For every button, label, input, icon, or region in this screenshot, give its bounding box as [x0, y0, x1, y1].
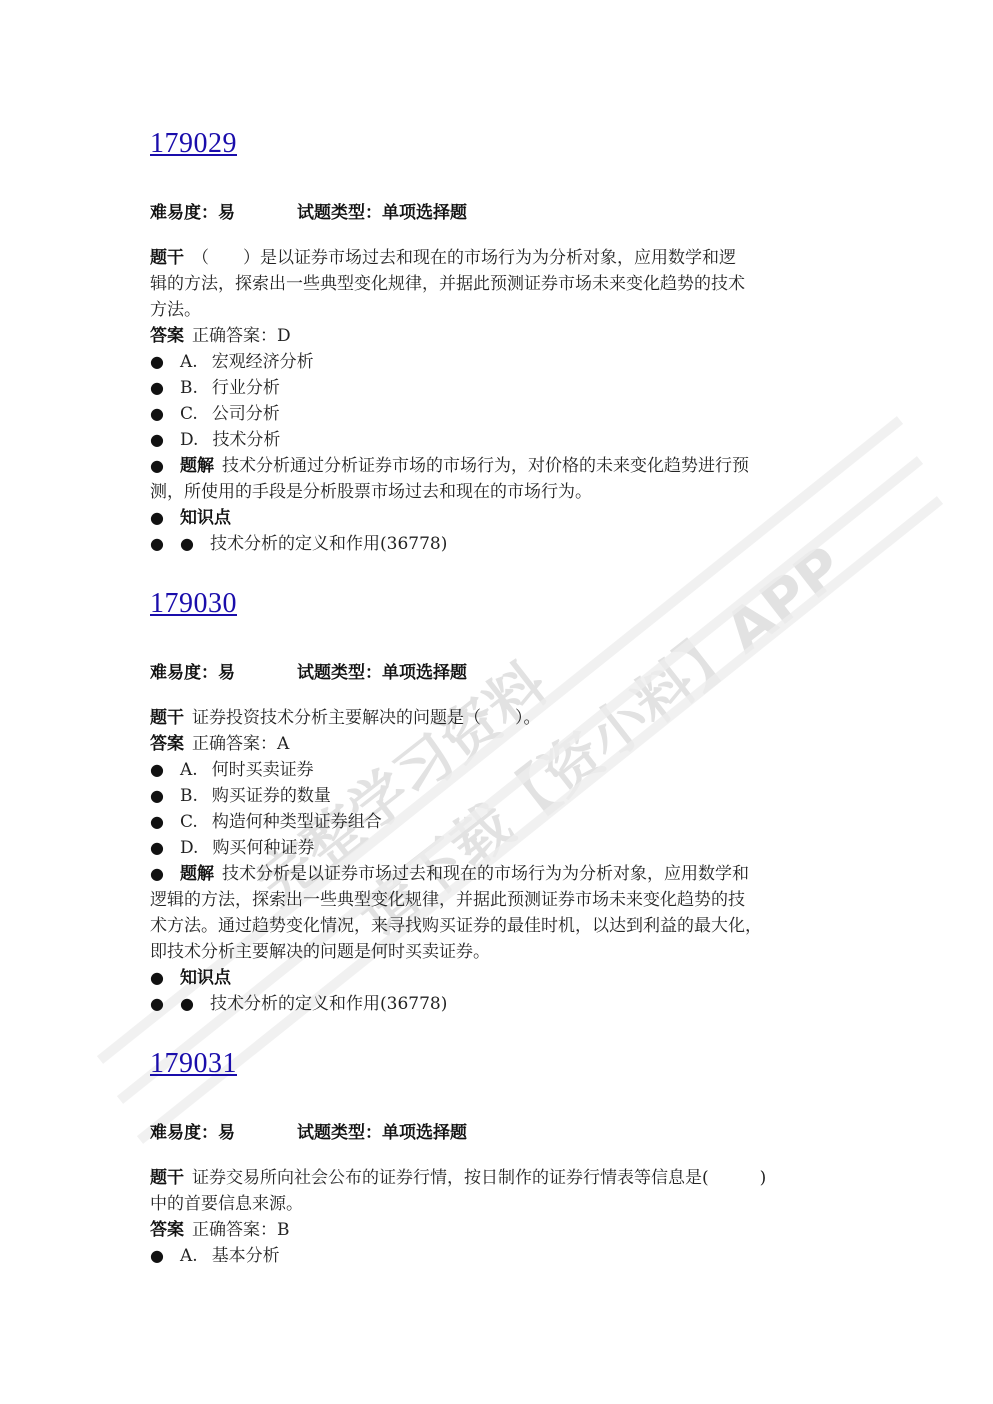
explanation-text: 即技术分析主要解决的问题是何时买卖证券。 [150, 939, 850, 965]
bullet-icon: ● [150, 991, 180, 1017]
bullet-icon: ● [150, 349, 180, 375]
question-type: 试题类型：单项选择题 [297, 663, 467, 683]
question-meta: 难易度：易试题类型：单项选择题 [150, 658, 467, 683]
explanation-text: 测，所使用的手段是分析股票市场过去和现在的市场行为。 [150, 479, 850, 505]
difficulty: 难易度：易 [150, 1123, 235, 1143]
bullet-icon: ● [150, 757, 180, 783]
stem-label: 题干 [150, 248, 184, 268]
question-type: 试题类型：单项选择题 [297, 1123, 467, 1143]
stem-text: 证券投资技术分析主要解决的问题是（ ）。 [192, 708, 541, 728]
bullet-icon: ● [150, 401, 180, 427]
option-item: ●C.公司分析 [150, 401, 850, 427]
question-id-link[interactable]: 179029 [150, 128, 237, 160]
answer-text: 正确答案：D [192, 326, 291, 346]
knowledge-item: ●●技术分析的定义和作用(36778) [150, 531, 850, 557]
stem-label: 题干 [150, 708, 184, 728]
question-type: 试题类型：单项选择题 [297, 203, 467, 223]
stem-text: 中的首要信息来源。 [150, 1191, 850, 1217]
difficulty: 难易度：易 [150, 663, 235, 683]
bullet-icon: ● [150, 809, 180, 835]
question-id-link[interactable]: 179031 [150, 1048, 237, 1080]
explanation-text: 技术分析是以证券市场过去和现在的市场行为为分析对象，应用数学和 [222, 864, 749, 884]
option-item: ●D.技术分析 [150, 427, 850, 453]
bullet-icon: ● [150, 375, 180, 401]
question-body: 题干证券投资技术分析主要解决的问题是（ ）。 答案正确答案：A ●A.何时买卖证… [150, 705, 850, 1017]
question-body: 题干证券交易所向社会公布的证券行情，按日制作的证券行情表等信息是( ) 中的首要… [150, 1165, 850, 1269]
explanation-text: 术方法。通过趋势变化情况，来寻找购买证券的最佳时机，以达到利益的最大化， [150, 913, 850, 939]
explanation-label: 题解 [180, 864, 214, 884]
bullet-icon: ● [150, 453, 180, 479]
knowledge-item: ●●技术分析的定义和作用(36778) [150, 991, 850, 1017]
bullet-icon: ● [150, 835, 180, 861]
question-id-link[interactable]: 179030 [150, 588, 237, 620]
stem-text: （ ）是以证券市场过去和现在的市场行为为分析对象，应用数学和逻 [192, 248, 736, 268]
option-item: ●B.购买证券的数量 [150, 783, 850, 809]
answer-label: 答案 [150, 1220, 184, 1240]
stem-text: 方法。 [150, 297, 850, 323]
option-item: ●A.基本分析 [150, 1243, 850, 1269]
document-page: 完整学习资料 请下载【资小料】APP 179029 难易度：易试题类型：单项选择… [0, 0, 993, 1404]
bullet-icon: ● [150, 783, 180, 809]
difficulty: 难易度：易 [150, 203, 235, 223]
question-body: 题干（ ）是以证券市场过去和现在的市场行为为分析对象，应用数学和逻 辑的方法，探… [150, 245, 850, 557]
bullet-icon: ● [150, 531, 180, 557]
bullet-icon: ● [180, 991, 210, 1017]
option-item: ●C.构造何种类型证券组合 [150, 809, 850, 835]
knowledge-label: 知识点 [180, 968, 231, 988]
bullet-icon: ● [150, 965, 180, 991]
option-item: ●A.何时买卖证券 [150, 757, 850, 783]
explanation-text: 技术分析通过分析证券市场的市场行为，对价格的未来变化趋势进行预 [222, 456, 749, 476]
knowledge-label: 知识点 [180, 508, 231, 528]
question-meta: 难易度：易试题类型：单项选择题 [150, 1118, 467, 1143]
stem-label: 题干 [150, 1168, 184, 1188]
bullet-icon: ● [150, 427, 180, 453]
bullet-icon: ● [150, 505, 180, 531]
bullet-icon: ● [150, 1243, 180, 1269]
answer-text: 正确答案：B [192, 1220, 290, 1240]
explanation-label: 题解 [180, 456, 214, 476]
option-item: ●B.行业分析 [150, 375, 850, 401]
option-item: ●D.购买何种证券 [150, 835, 850, 861]
explanation-text: 逻辑的方法，探索出一些典型变化规律，并据此预测证券市场未来变化趋势的技 [150, 887, 850, 913]
stem-text: 辑的方法，探索出一些典型变化规律，并据此预测证券市场未来变化趋势的技术 [150, 271, 850, 297]
bullet-icon: ● [150, 861, 180, 887]
bullet-icon: ● [180, 531, 210, 557]
question-meta: 难易度：易试题类型：单项选择题 [150, 198, 467, 223]
option-item: ●A.宏观经济分析 [150, 349, 850, 375]
answer-label: 答案 [150, 734, 184, 754]
answer-text: 正确答案：A [192, 734, 289, 754]
answer-label: 答案 [150, 326, 184, 346]
stem-text: 证券交易所向社会公布的证券行情，按日制作的证券行情表等信息是( ) [192, 1168, 766, 1188]
